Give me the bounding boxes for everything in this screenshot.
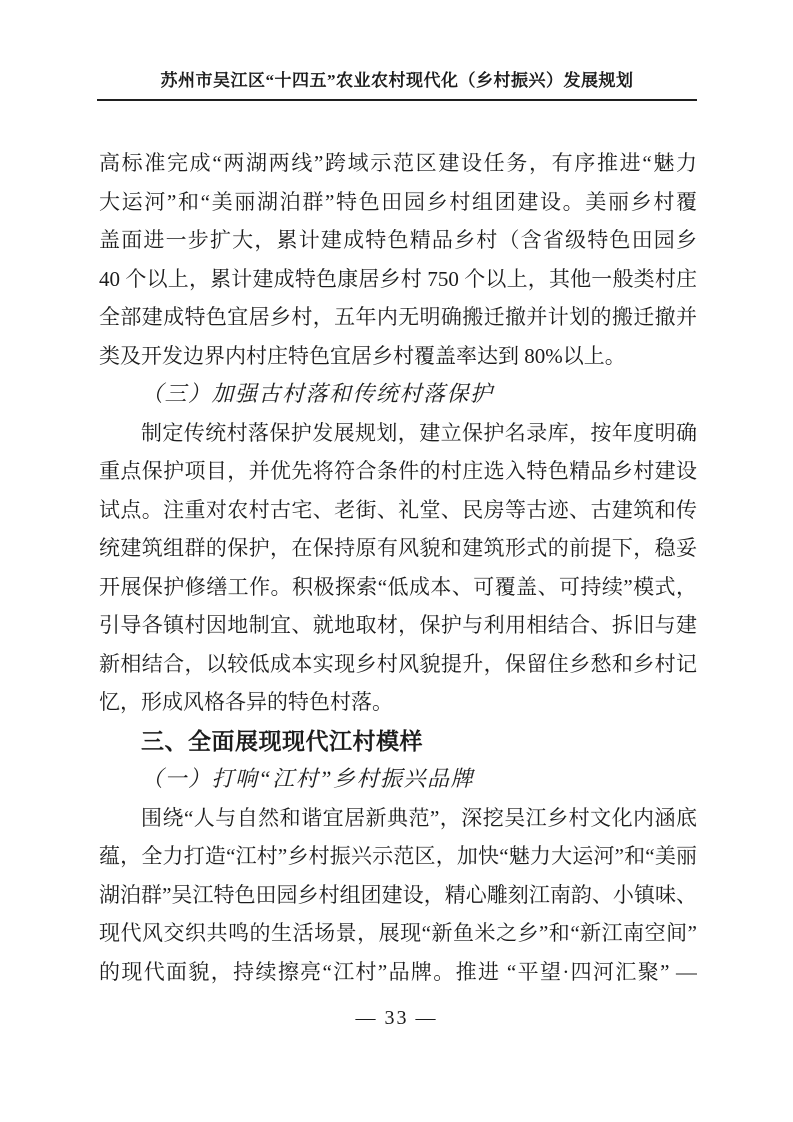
body-text-line: 开展保护修缮工作。积极探索“低成本、可覆盖、可持续”模式，	[99, 568, 697, 607]
body-text-line: 新相结合，以较低成本实现乡村风貌提升，保留住乡愁和乡村记	[99, 645, 697, 684]
body-text-line: 围绕“人与自然和谐宜居新典范”，深挖吴江乡村文化内涵底	[99, 799, 697, 838]
subsection-heading-jiangcun-brand: （一）打响“江村”乡村振兴品牌	[99, 760, 697, 799]
body-text-line: 湖泊群”吴江特色田园乡村组团建设，精心雕刻江南韵、小镇味、	[99, 876, 697, 915]
body-text-line: 大运河”和“美丽湖泊群”特色田园乡村组团建设。美丽乡村覆	[99, 183, 697, 222]
page-number: — 33 —	[0, 1004, 793, 1032]
document-page: 苏州市吴江区“十四五”农业农村现代化（乡村振兴）发展规划 高标准完成“两湖两线”…	[0, 0, 793, 1122]
body-text-line: 引导各镇村因地制宜、就地取材，保护与利用相结合、拆旧与建	[99, 606, 697, 645]
body-text-line: 忆，形成风格各异的特色村落。	[99, 683, 697, 722]
header-rule	[97, 99, 697, 101]
body-text-line: 全部建成特色宜居乡村，五年内无明确搬迁撤并计划的搬迁撤并	[99, 298, 697, 337]
header-title: 苏州市吴江区“十四五”农业农村现代化（乡村振兴）发展规划	[97, 66, 697, 91]
body-text-line: 重点保护项目，并优先将符合条件的村庄选入特色精品乡村建设	[99, 452, 697, 491]
body-text-line: 类及开发边界内村庄特色宜居乡村覆盖率达到 80%以上。	[99, 337, 697, 376]
body-text-line: 的现代面貌，持续擦亮“江村”品牌。推进 “平望·四河汇聚” —	[99, 953, 697, 992]
body-text-line: 蕴，全力打造“江村”乡村振兴示范区，加快“魅力大运河”和“美丽	[99, 837, 697, 876]
body-text-line: 统建筑组群的保护，在保持原有风貌和建筑形式的前提下，稳妥	[99, 529, 697, 568]
body-text-line: 40 个以上，累计建成特色康居乡村 750 个以上，其他一般类村庄	[99, 260, 697, 299]
body-text-line: 现代风交织共鸣的生活场景，展现“新鱼米之乡”和“新江南空间”	[99, 914, 697, 953]
section-heading-jiangcun: 三、全面展现现代江村模样	[99, 722, 697, 761]
body-text-line: 试点。注重对农村古宅、老街、礼堂、民房等古迹、古建筑和传	[99, 491, 697, 530]
subsection-heading-gu-cunluo: （三）加强古村落和传统村落保护	[99, 375, 697, 414]
body-text-block: 高标准完成“两湖两线”跨域示范区建设任务，有序推进“魅力 大运河”和“美丽湖泊群…	[99, 144, 697, 991]
body-text-line: 盖面进一步扩大，累计建成特色精品乡村（含省级特色田园乡村）	[99, 221, 697, 260]
body-text-line: 制定传统村落保护发展规划，建立保护名录库，按年度明确	[99, 414, 697, 453]
body-text-line: 高标准完成“两湖两线”跨域示范区建设任务，有序推进“魅力	[99, 144, 697, 183]
